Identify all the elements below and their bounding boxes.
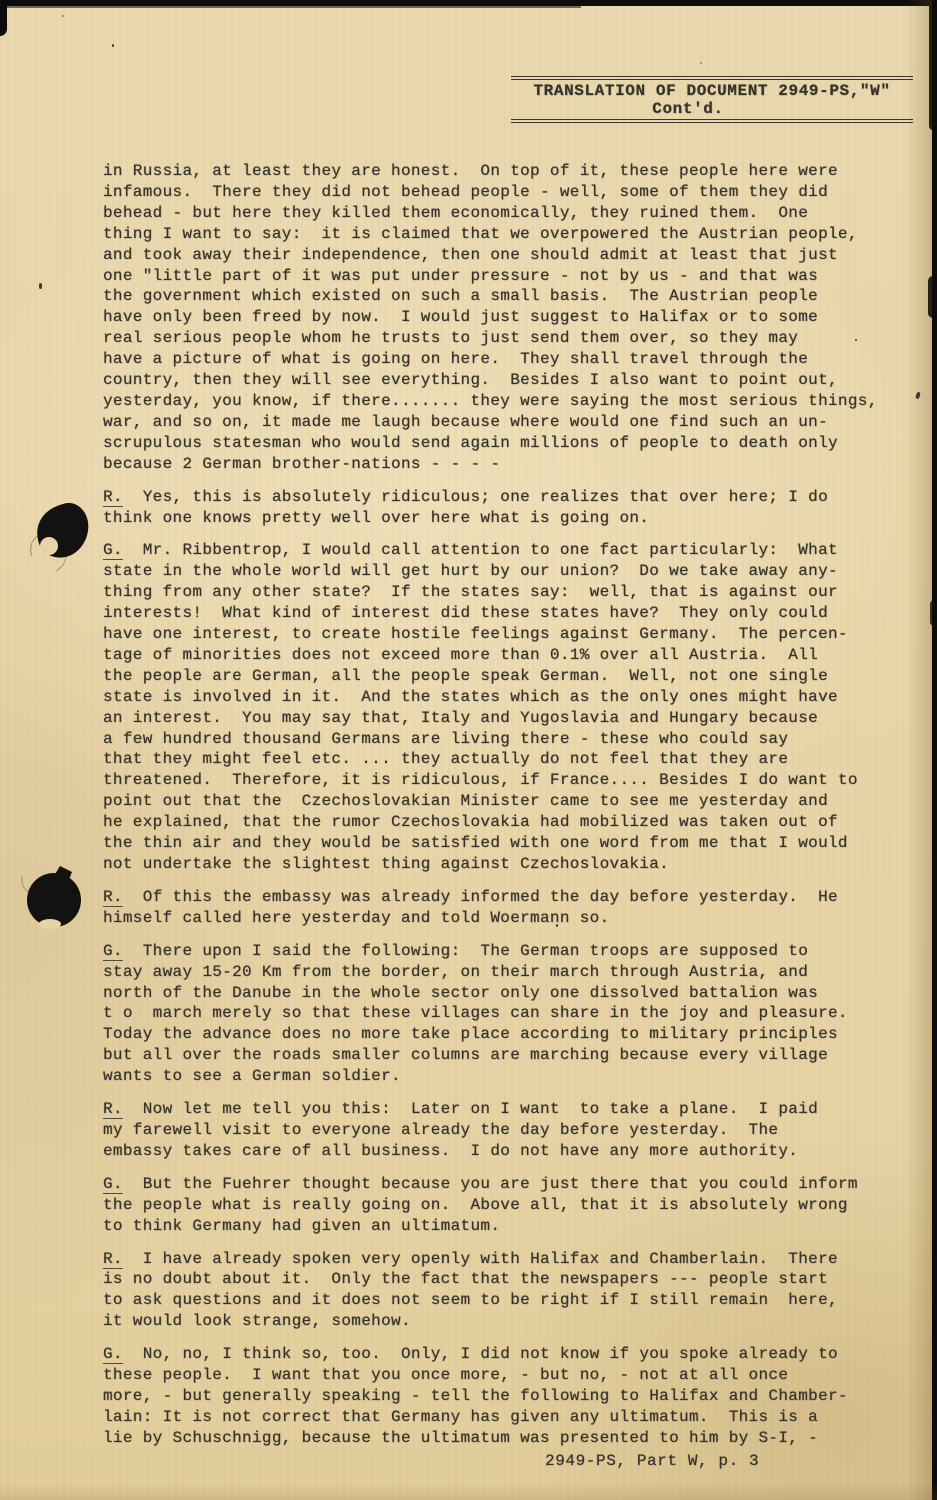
paragraph-g: G. No, no, I think so, too. Only, I did … <box>103 1344 919 1449</box>
paragraph-text: There upon I said the following: The Ger… <box>103 942 848 1085</box>
speaker-label-g: G. <box>103 1345 123 1364</box>
paragraph-text: Yes, this is absolutely ridiculous; one … <box>103 488 828 527</box>
stamp-contd: Cont'd. <box>487 100 889 118</box>
document-body: in Russia, at least they are honest. On … <box>103 161 919 1461</box>
ink-speck <box>39 283 42 289</box>
paragraph-g: G. Mr. Ribbentrop, I would call attentio… <box>103 540 919 875</box>
paragraph-r: R. Of this the embassy was already infor… <box>103 887 919 929</box>
speaker-label-r: R. <box>103 1250 123 1269</box>
scan-edge-right <box>932 0 937 1500</box>
paragraph-text: Of this the embassy was already informed… <box>103 888 838 927</box>
ink-speck <box>700 62 702 64</box>
speaker-label-r: R. <box>103 888 123 907</box>
paragraph-continuation: in Russia, at least they are honest. On … <box>103 161 919 475</box>
paragraph-text: But the Fuehrer thought because you are … <box>103 1175 858 1235</box>
scan-edge-top-left-corner <box>0 0 7 36</box>
speaker-label-g: G. <box>103 942 123 961</box>
paragraph-text: I have already spoken very openly with H… <box>103 1250 838 1331</box>
speaker-label-r: R. <box>103 488 123 507</box>
paragraph-text: Now let me tell you this: Later on I wan… <box>103 1100 818 1160</box>
speaker-label-g: G. <box>103 1175 123 1194</box>
header-stamp: TRANSLATION OF DOCUMENT 2949-PS,"W" Cont… <box>511 76 913 123</box>
ink-speck <box>62 15 64 17</box>
paragraph-r: R. Yes, this is absolutely ridiculous; o… <box>103 487 919 529</box>
paragraph-r: R. Now let me tell you this: Later on I … <box>103 1099 919 1162</box>
footer-document-id: 2949-PS, Part W, p. 3 <box>545 1452 759 1470</box>
paper-shadow-bottom <box>0 1482 937 1500</box>
paragraph-r: R. I have already spoken very openly wit… <box>103 1249 919 1333</box>
hole-punch-icon <box>16 858 94 938</box>
hole-punch-icon <box>26 496 98 572</box>
paragraph-text: in Russia, at least they are honest. On … <box>103 162 878 473</box>
paragraph-text: Mr. Ribbentrop, I would call attention t… <box>103 541 858 873</box>
ink-speck <box>112 44 114 47</box>
stamp-title: TRANSLATION OF DOCUMENT 2949-PS,"W" <box>511 82 913 100</box>
paragraph-text: No, no, I think so, too. Only, I did not… <box>103 1345 848 1447</box>
speaker-label-r: R. <box>103 1100 123 1119</box>
scan-edge-top-shadow <box>0 6 581 8</box>
scanned-document-page: TRANSLATION OF DOCUMENT 2949-PS,"W" Cont… <box>0 0 937 1500</box>
paragraph-g: G. But the Fuehrer thought because you a… <box>103 1174 919 1237</box>
paragraph-g: G. There upon I said the following: The … <box>103 941 919 1087</box>
speaker-label-g: G. <box>103 541 123 560</box>
